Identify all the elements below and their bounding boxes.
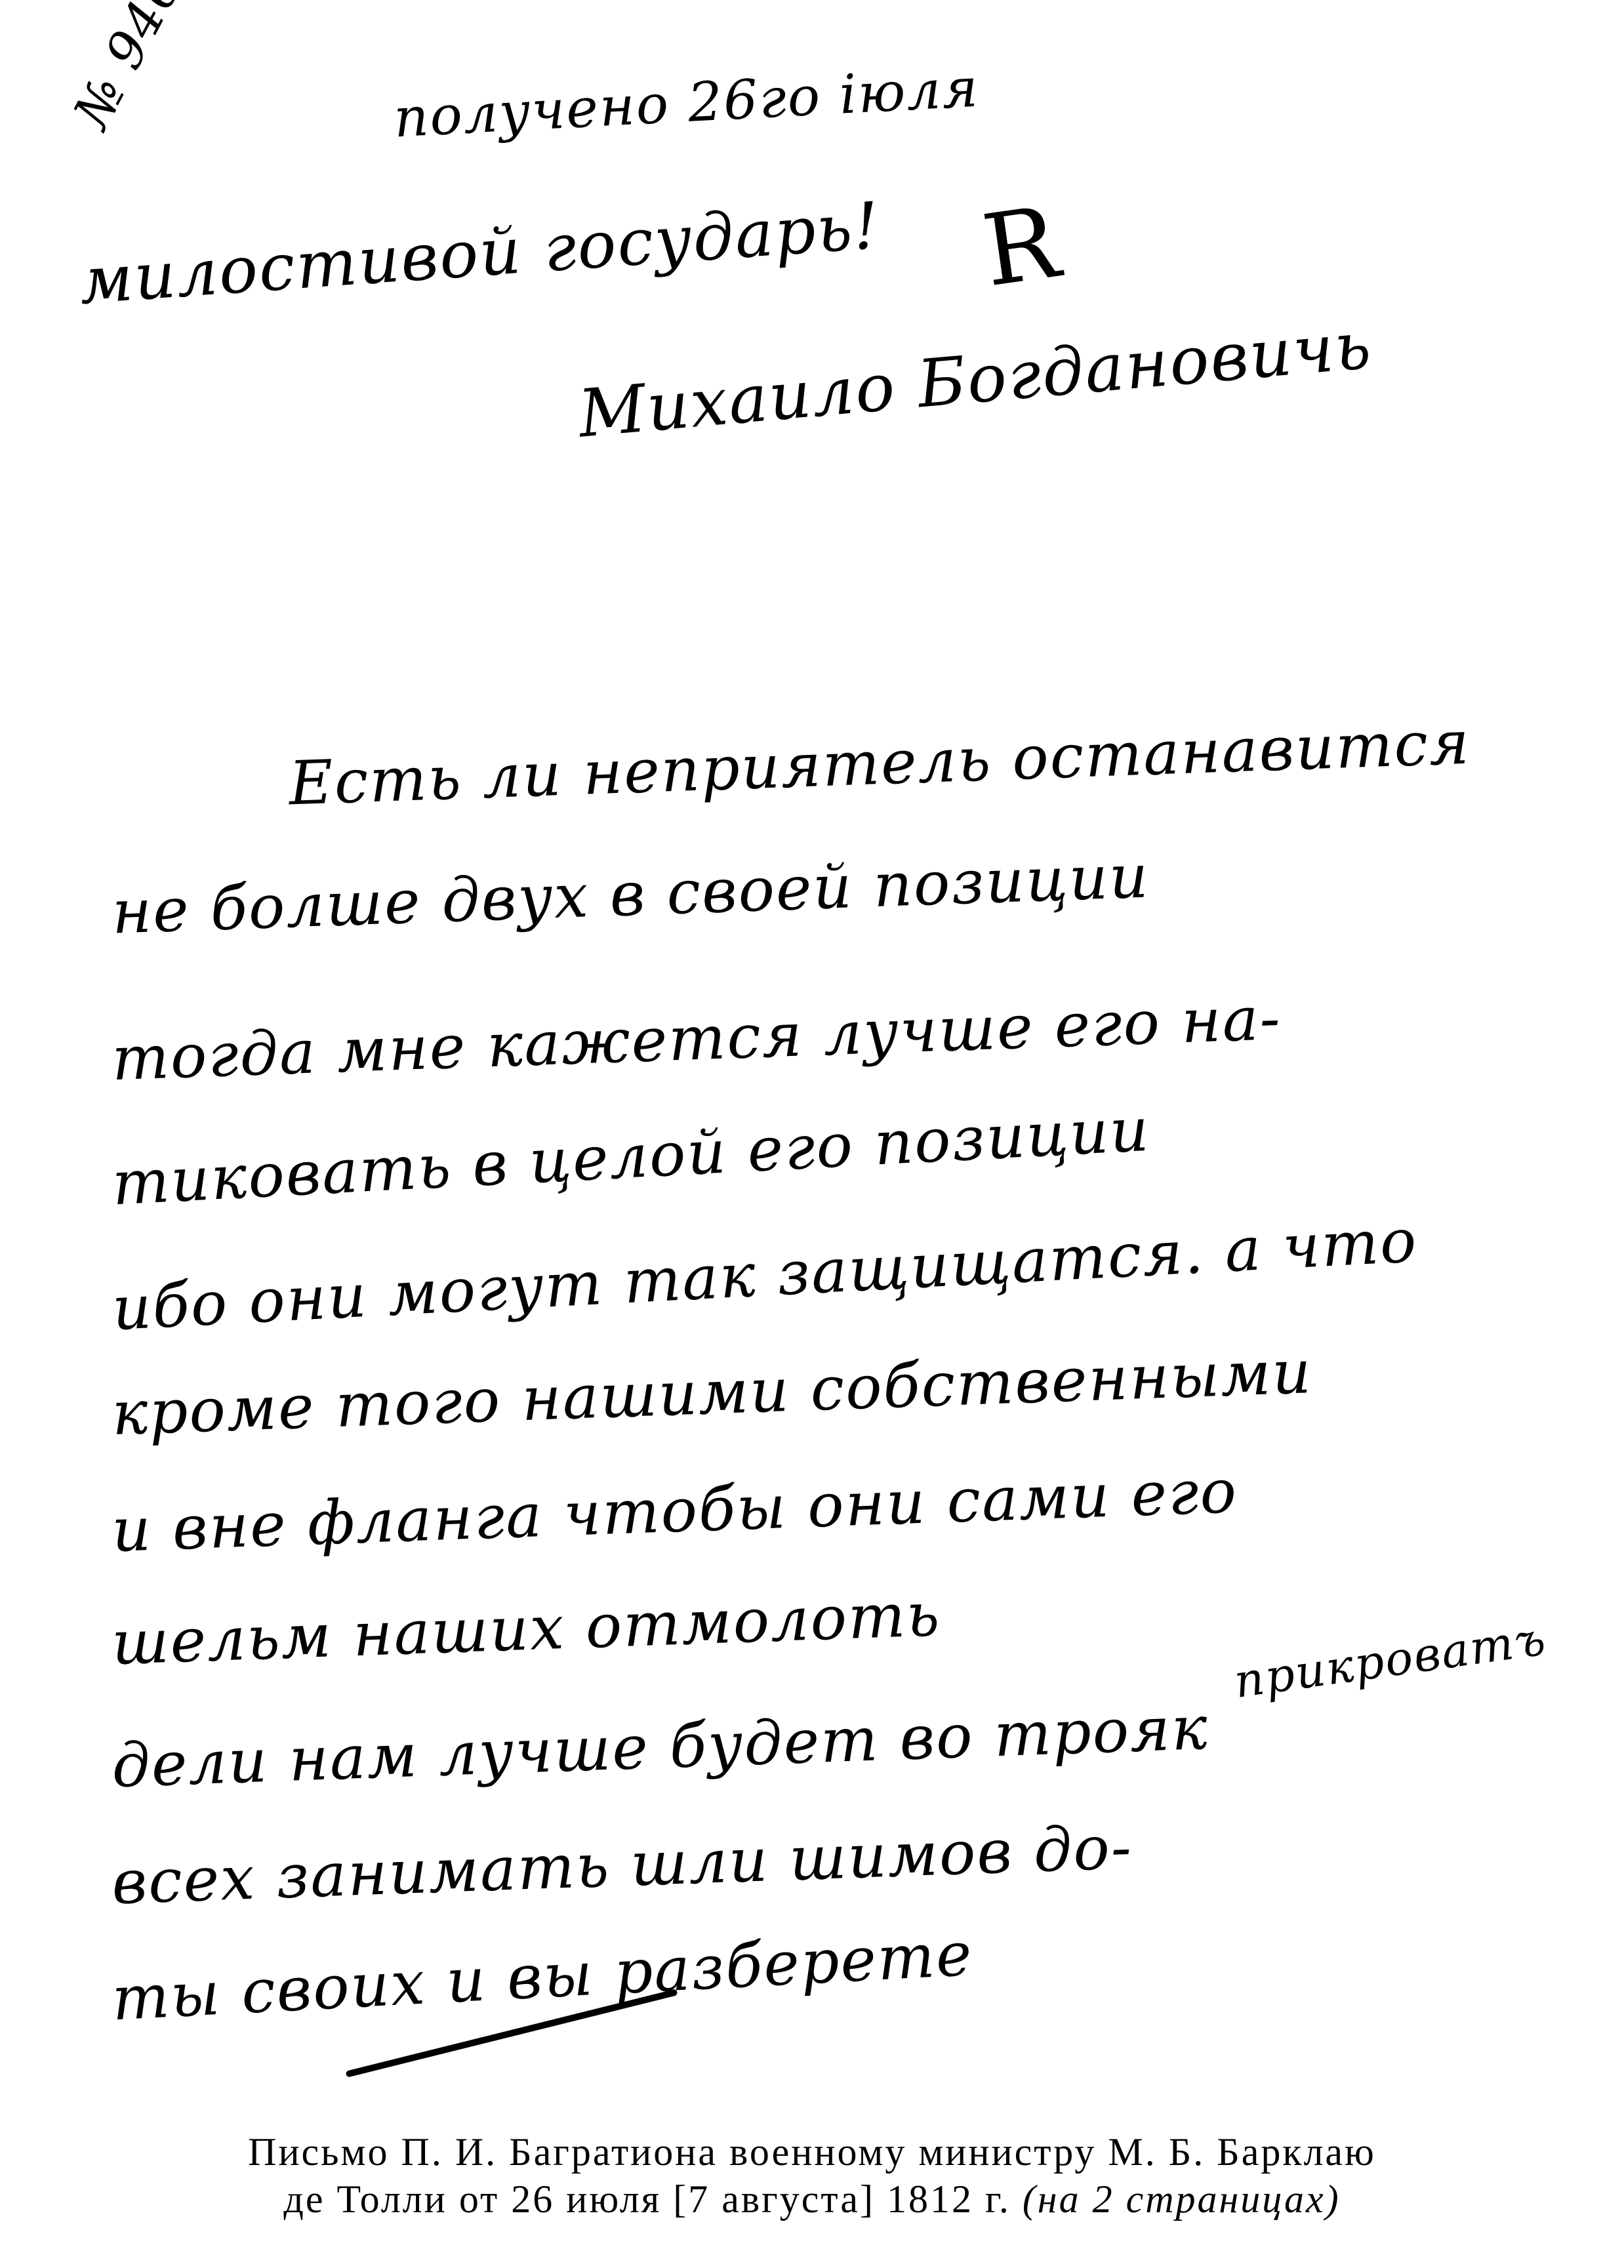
letter-line: шельм наших отмолоть <box>111 1579 942 1678</box>
received-note: получено 26го iюля <box>392 57 981 150</box>
letter-line: всех занимать шли шимов до- <box>111 1812 1134 1918</box>
letter-line: дели нам лучше будет во трояк <box>111 1693 1210 1801</box>
letter-line: тиковать в целой его позиции <box>110 1095 1151 1219</box>
caption-line-2-text: де Толли от 26 июля [7 августа] 1812 г. <box>283 2177 1023 2221</box>
caption-line-2: де Толли от 26 июля [7 августа] 1812 г. … <box>0 2176 1624 2223</box>
letter-line: тогда мне кажется лучше его на- <box>111 983 1283 1094</box>
letter-line: кроме того нашими собственными <box>111 1337 1314 1449</box>
figure-caption: Письмо П. И. Багратиона военному министр… <box>0 2128 1624 2223</box>
caption-pages-note: (на 2 страницах) <box>1023 2177 1341 2221</box>
letter-line: не болше двух в своей позиции <box>111 841 1150 947</box>
addressee-name: Михаило Богдановичь <box>575 306 1375 452</box>
interlinear-insertion: прикроватъ <box>1231 1611 1550 1709</box>
caption-line-1: Письмо П. И. Багратиона военному министр… <box>0 2128 1624 2176</box>
margin-mark: R <box>976 186 1066 309</box>
letter-line: ты своих и вы разберете <box>110 1919 975 2035</box>
salutation: милостивой государь! <box>77 188 883 319</box>
letter-line: ибо они могут так защищатся. а что <box>111 1205 1419 1344</box>
letter-line: и вне фланга чтобы они сами его <box>111 1456 1239 1566</box>
document-number: № 946 <box>63 0 194 138</box>
letter-line: Есть ли неприятель останавится <box>288 708 1472 819</box>
